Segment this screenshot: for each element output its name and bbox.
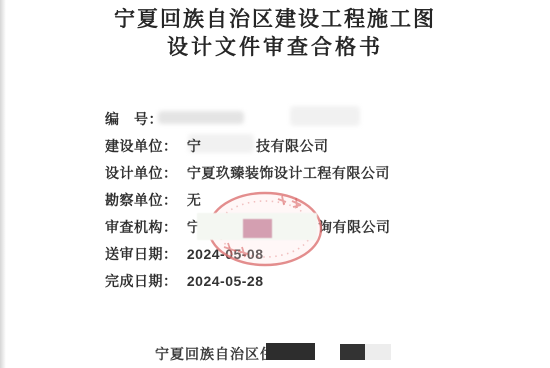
footer-redaction-block-1: [266, 343, 315, 360]
construction-label: 建设单位：: [105, 138, 178, 154]
complete-date-value: 2024-05-28: [187, 273, 264, 289]
certificate-page: 宁夏回族自治区建设工程施工图 设计文件审查合格书 编 号： 建设单位： 宁 技有…: [0, 0, 550, 368]
design-label: 设计单位：: [105, 165, 178, 181]
survey-value: 无: [187, 192, 202, 208]
design-value: 宁夏玖臻装饰设计工程有限公司: [187, 165, 390, 181]
submit-date-value: 2024-05-08: [187, 246, 264, 262]
footer-redaction-block-3: [365, 344, 391, 360]
survey-label: 勘察单位：: [105, 192, 178, 208]
field-design-unit: 设计单位： 宁夏玖臻装饰设计工程有限公司: [105, 163, 390, 180]
complete-date-label: 完成日期：: [105, 273, 178, 289]
construction-value-prefix: 宁: [187, 138, 202, 154]
field-survey-unit: 勘察单位： 无: [105, 190, 201, 207]
title-line-1: 宁夏回族自治区建设工程施工图: [0, 6, 550, 34]
submit-date-label: 送审日期：: [105, 246, 178, 262]
field-complete-date: 完成日期： 2024-05-28: [105, 271, 264, 288]
review-label: 审查机构：: [105, 219, 178, 235]
document-title: 宁夏回族自治区建设工程施工图 设计文件审查合格书: [0, 6, 550, 62]
field-construction-unit: 建设单位： 宁 技有限公司: [105, 136, 201, 153]
serial-value-blur: [158, 111, 244, 124]
field-submit-date: 送审日期： 2024-05-08: [105, 244, 264, 261]
construction-value-suffix: 技有限公司: [256, 136, 329, 156]
title-line-2: 设计文件审查合格书: [0, 34, 550, 62]
field-serial-number: 编 号：: [105, 109, 168, 126]
footer-issuer-text: 宁夏回族自治区住: [155, 344, 275, 364]
review-agency-pink-block: [243, 219, 272, 238]
serial-label: 编 号：: [105, 111, 163, 127]
review-value-suffix: 询有限公司: [318, 217, 391, 237]
footer-redaction-block-2: [340, 344, 365, 360]
serial-area-blur: [290, 106, 360, 126]
